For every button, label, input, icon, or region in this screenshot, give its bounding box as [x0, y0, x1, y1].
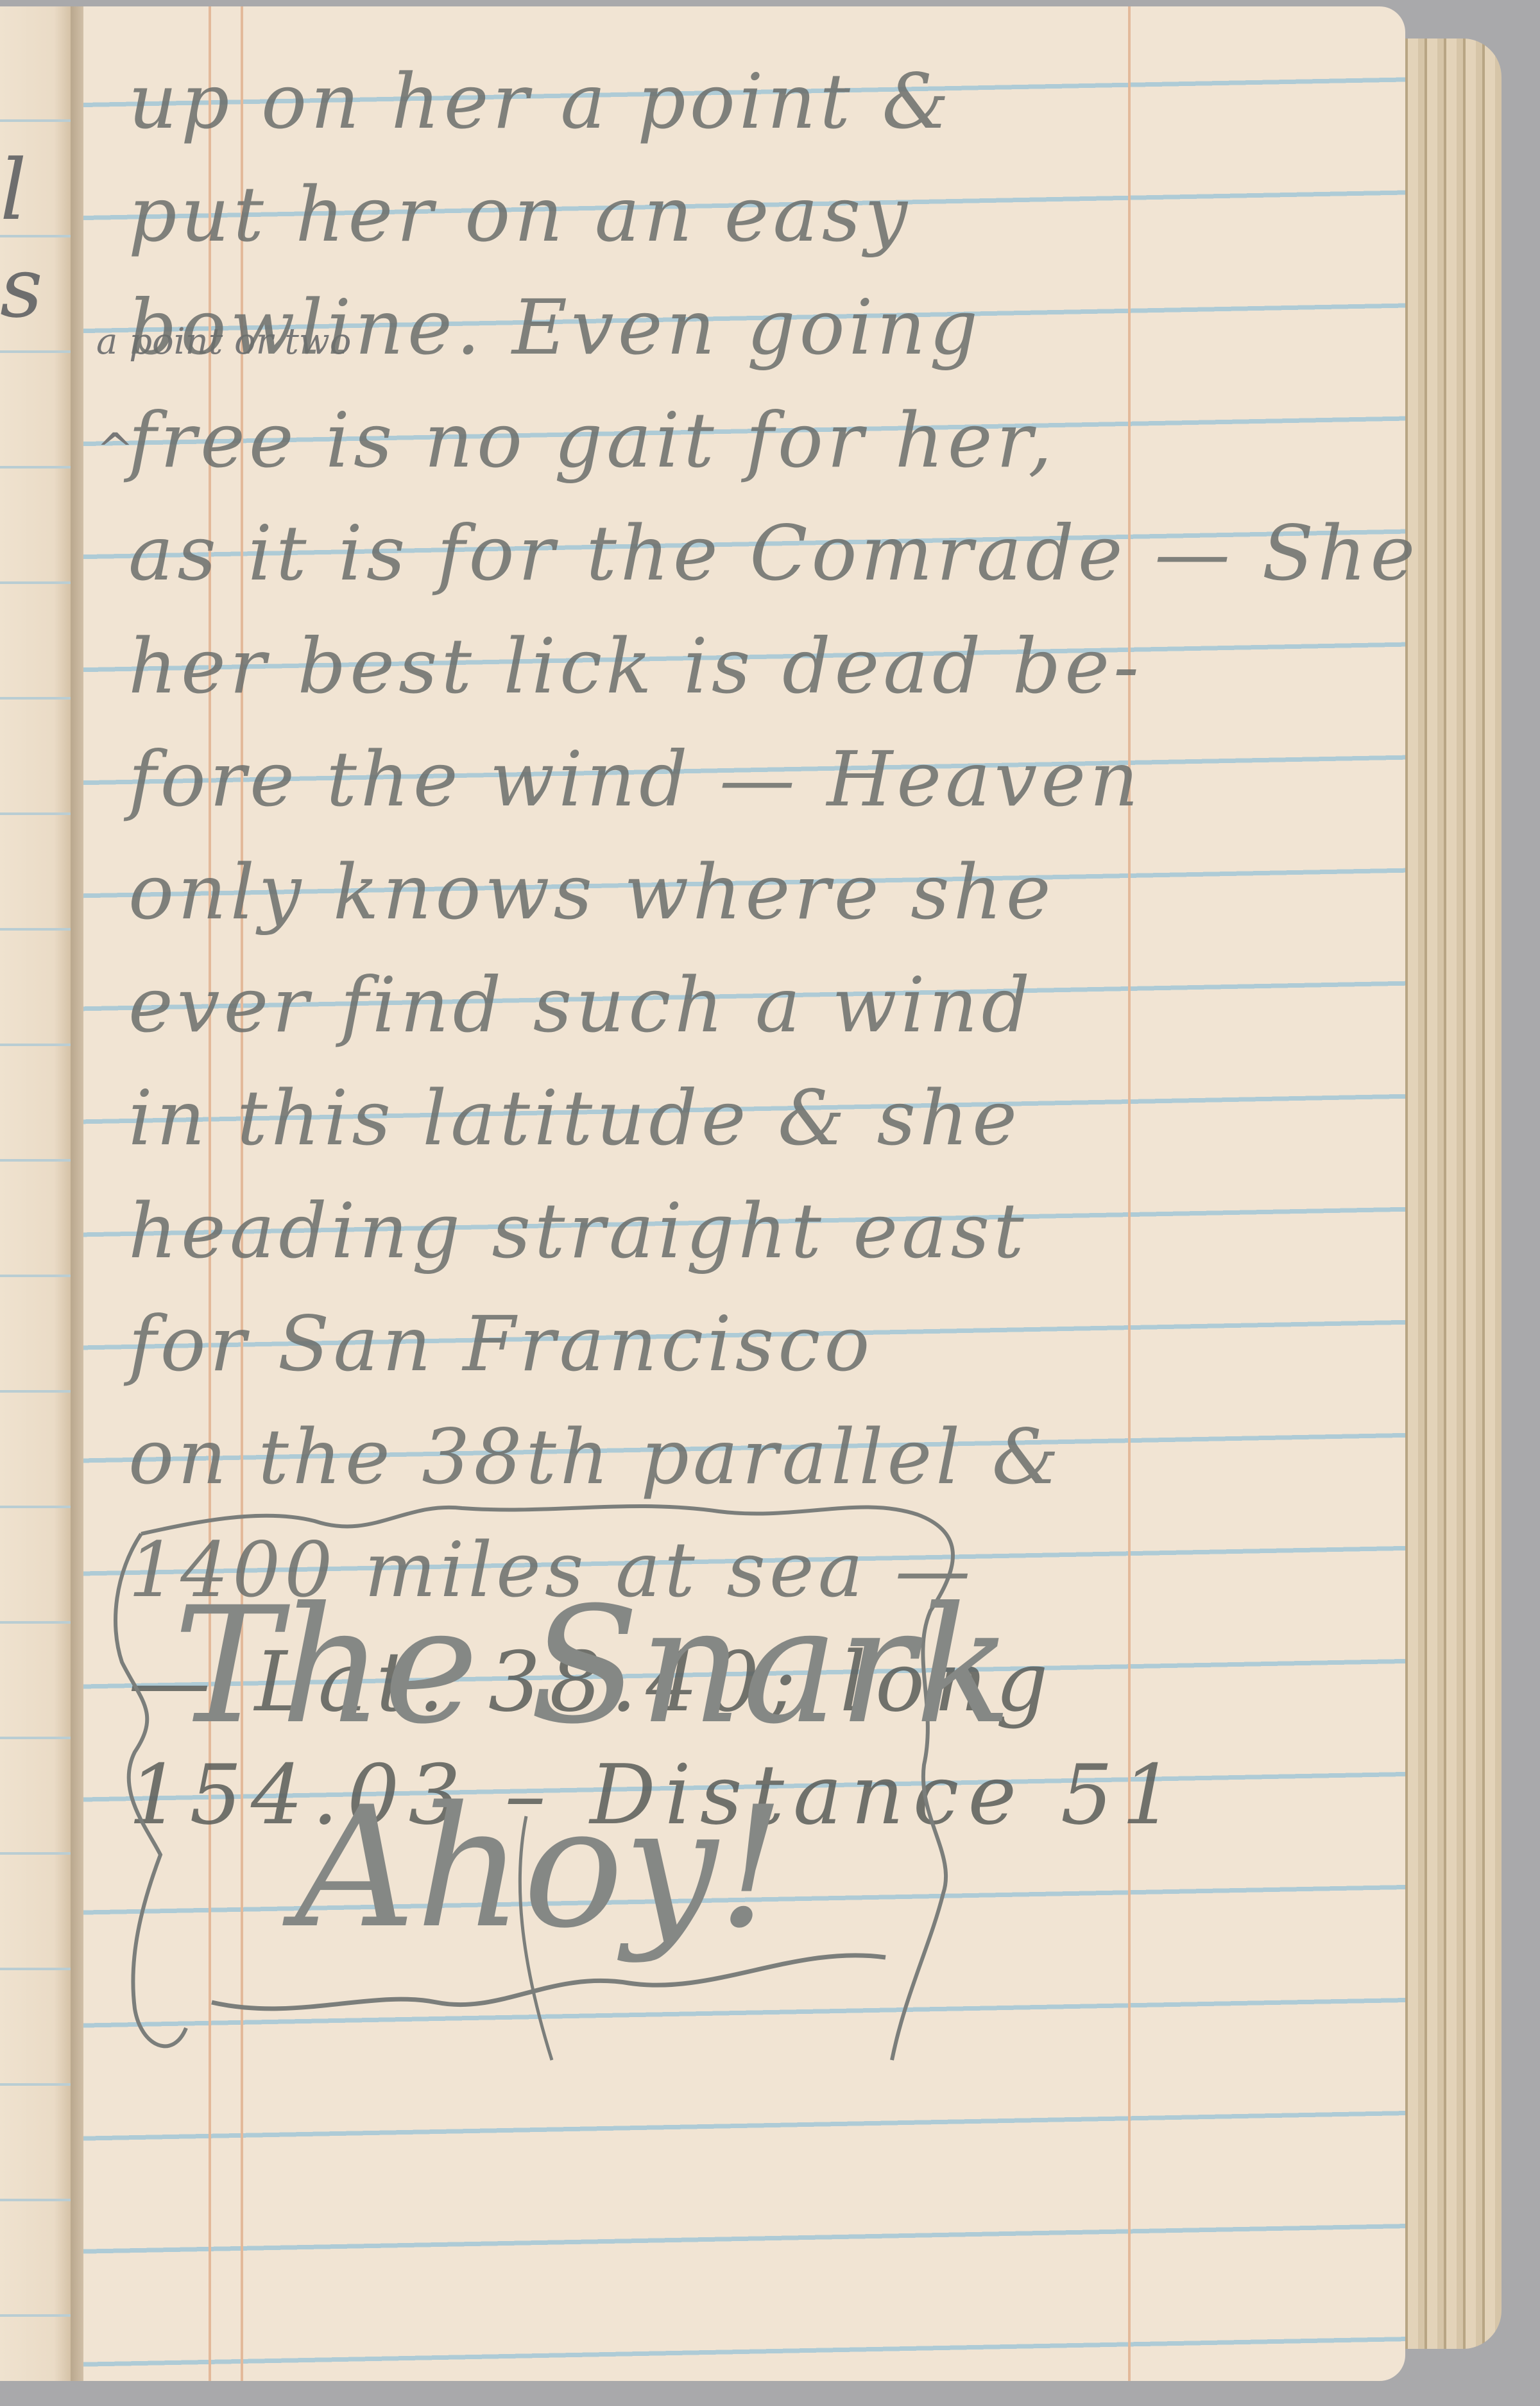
- text-line: ever find such a wind: [128, 949, 1373, 1061]
- text-line: fore the wind — Heaven: [128, 723, 1373, 836]
- text-line: for San Francisco: [128, 1287, 1373, 1400]
- text-line: only knows where she: [128, 836, 1373, 949]
- margin-fragment: s: [0, 239, 43, 336]
- page-edge-stack: [1399, 39, 1502, 2349]
- text-line: free is no gait for her,: [128, 384, 1373, 497]
- signature-box: The Snark Ahoy!: [103, 1495, 1258, 2086]
- left-page-margin-fragments: l s: [0, 141, 43, 336]
- left-facing-page: [0, 6, 77, 2381]
- margin-fragment: l: [0, 141, 43, 239]
- signature-line-2: Ahoy!: [295, 1771, 785, 1965]
- text-line: her best lick is dead be-: [128, 610, 1373, 723]
- text-line: put her on an easy: [128, 158, 1373, 271]
- text-line: bowline. Even going: [128, 271, 1373, 384]
- text-line: as it is for the Comrade — She: [128, 497, 1373, 610]
- text-line: in this latitude & she: [128, 1061, 1373, 1174]
- text-line: up on her a point &: [128, 45, 1373, 158]
- signature-line-1: The Snark: [173, 1572, 1013, 1759]
- text-line: heading straight east: [128, 1174, 1373, 1287]
